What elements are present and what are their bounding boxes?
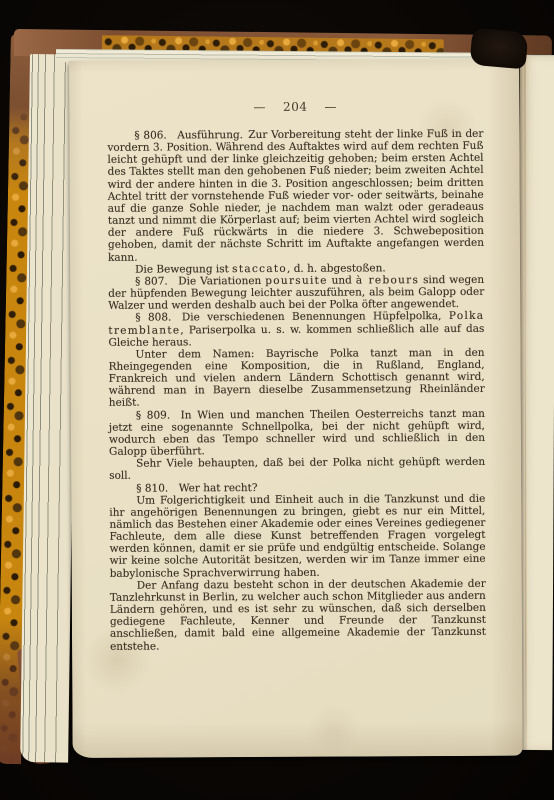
- text-run: § 806. Ausführung. Zur Vorbereitung steh…: [107, 128, 484, 264]
- text-block: — 204 — § 806. Ausführung. Zur Vorbereit…: [107, 99, 486, 653]
- paragraph: Um Folgerichtigkeit und Einheit auch in …: [109, 493, 485, 580]
- paragraph: § 808. Die verschiedenen Benennungen Hüp…: [108, 310, 484, 348]
- text-run: Die Bewegung ist: [135, 263, 232, 276]
- paragraph: Sehr Viele behaupten, daß bei der Polka …: [109, 456, 485, 482]
- text-run: Sehr Viele behaupten, daß bei der Polka …: [109, 456, 485, 482]
- text-run: und: [328, 274, 356, 286]
- paragraph: Der Anfang dazu besteht schon in der deu…: [110, 578, 486, 653]
- gutter-fold-crease: [524, 56, 526, 750]
- header-dash-right: —: [324, 100, 337, 114]
- paragraphs-container: § 806. Ausführung. Zur Vorbereitung steh…: [107, 128, 486, 653]
- antiqua-text-run: staccato: [232, 263, 287, 275]
- text-run: Der Anfang dazu besteht schon in der deu…: [110, 578, 486, 653]
- paragraph: Unter dem Namen: Bayrische Polka tanzt m…: [109, 347, 485, 410]
- antiqua-text-run: poursuite: [265, 275, 328, 287]
- text-run: , d. h. abgestoßen.: [287, 262, 386, 275]
- cover-shadow-blob: [469, 28, 528, 70]
- text-run: § 810. Wer hat recht?: [136, 482, 257, 495]
- antiqua-text-run: à rebours: [356, 274, 419, 286]
- text-run: § 807. Die Variationen: [135, 275, 265, 288]
- text-run: Um Folgerichtigkeit und Einheit auch in …: [109, 493, 485, 580]
- paragraph: § 807. Die Variationen poursuite und à r…: [108, 274, 484, 312]
- paragraph: § 806. Ausführung. Zur Vorbereitung steh…: [107, 128, 484, 264]
- text-run: Unter dem Namen: Bayrische Polka tanzt m…: [109, 347, 485, 410]
- book-page: — 204 — § 806. Ausführung. Zur Vorbereit…: [69, 59, 523, 758]
- text-run: § 809. In Wien und manchen Theilen Oeste…: [109, 407, 485, 457]
- page-number: 204: [283, 100, 307, 114]
- paragraph: § 809. In Wien und manchen Theilen Oeste…: [109, 407, 485, 458]
- page-number-header: — 204 —: [107, 99, 483, 115]
- header-dash-left: —: [254, 100, 267, 114]
